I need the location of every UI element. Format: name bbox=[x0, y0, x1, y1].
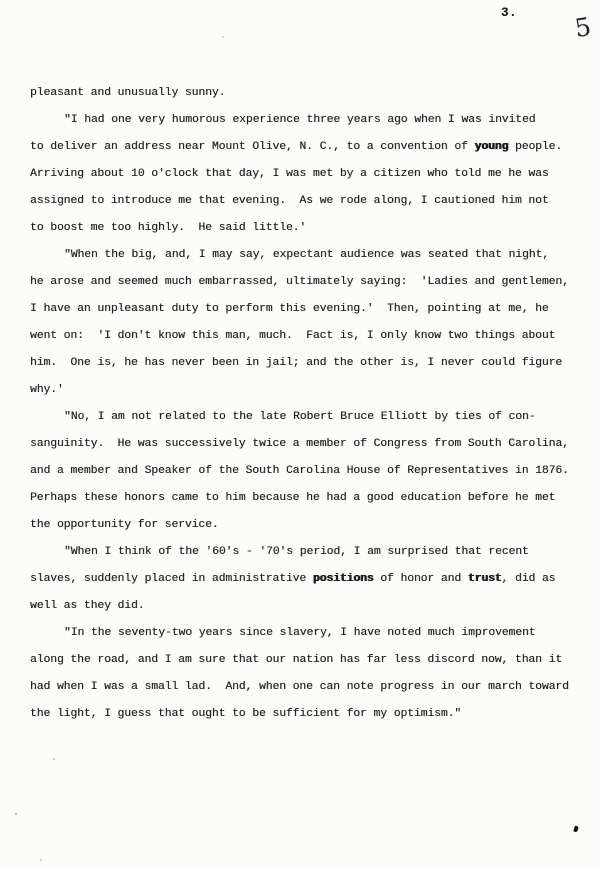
text-segment: "No, I am not related to the late Robert… bbox=[64, 411, 536, 423]
text-line: to deliver an address near Mount Olive, … bbox=[30, 134, 578, 161]
text-line: Arriving about 10 o'clock that day, I wa… bbox=[30, 161, 578, 188]
text-segment: "I had one very humorous experience thre… bbox=[64, 114, 536, 126]
text-segment: along the road, and I am sure that our n… bbox=[30, 654, 562, 666]
text-line: sanguinity. He was successively twice a … bbox=[30, 431, 578, 458]
overtyped-word: young bbox=[475, 141, 509, 153]
text-line: he arose and seemed much embarrassed, ul… bbox=[30, 269, 578, 296]
text-segment: Arriving about 10 o'clock that day, I wa… bbox=[30, 168, 549, 180]
page-number: 3. bbox=[501, 6, 517, 20]
text-segment: the opportunity for service. bbox=[30, 519, 219, 531]
document-page: 3. 5 pleasant and unusually sunny."I had… bbox=[0, 0, 600, 869]
text-line: him. One is, he has never been in jail; … bbox=[30, 350, 578, 377]
text-line: the light, I guess that ought to be suff… bbox=[30, 701, 578, 728]
text-line: "When I think of the '60's - '70's perio… bbox=[30, 539, 578, 566]
text-line: well as they did. bbox=[30, 593, 578, 620]
text-line: "I had one very humorous experience thre… bbox=[30, 107, 578, 134]
text-line: "In the seventy-two years since slavery,… bbox=[30, 620, 578, 647]
text-line: I have an unpleasant duty to perform thi… bbox=[30, 296, 578, 323]
stamp-page-number: 5 bbox=[573, 12, 593, 43]
scan-dot bbox=[15, 813, 17, 815]
overtyped-word: trust bbox=[468, 573, 502, 585]
text-segment: went on: 'I don't know this man, much. F… bbox=[30, 330, 555, 342]
text-line: slaves, suddenly placed in administrativ… bbox=[30, 566, 578, 593]
text-segment: assigned to introduce me that evening. A… bbox=[30, 195, 549, 207]
text-segment: Perhaps these honors came to him because… bbox=[30, 492, 555, 504]
text-segment: , did as bbox=[502, 573, 556, 585]
text-segment: him. One is, he has never been in jail; … bbox=[30, 357, 562, 369]
text-line: Perhaps these honors came to him because… bbox=[30, 485, 578, 512]
scan-dot bbox=[53, 758, 55, 760]
text-line: to boost me too highly. He said little.' bbox=[30, 215, 578, 242]
ink-speck bbox=[573, 826, 579, 833]
text-segment: "When the big, and, I may say, expectant… bbox=[64, 249, 549, 261]
text-line: "When the big, and, I may say, expectant… bbox=[30, 242, 578, 269]
text-segment: why.' bbox=[30, 384, 64, 396]
text-block: pleasant and unusually sunny."I had one … bbox=[30, 80, 578, 728]
text-line: went on: 'I don't know this man, much. F… bbox=[30, 323, 578, 350]
text-segment: slaves, suddenly placed in administrativ… bbox=[30, 573, 313, 585]
text-line: along the road, and I am sure that our n… bbox=[30, 647, 578, 674]
text-segment: well as they did. bbox=[30, 600, 145, 612]
text-segment: of honor and bbox=[374, 573, 468, 585]
text-line: why.' bbox=[30, 377, 578, 404]
overtyped-word: positions bbox=[313, 573, 374, 585]
text-segment: the light, I guess that ought to be suff… bbox=[30, 708, 461, 720]
text-segment: he arose and seemed much embarrassed, ul… bbox=[30, 276, 569, 288]
text-line: "No, I am not related to the late Robert… bbox=[30, 404, 578, 431]
text-segment: and a member and Speaker of the South Ca… bbox=[30, 465, 569, 477]
text-line: pleasant and unusually sunny. bbox=[30, 80, 578, 107]
text-segment: to deliver an address near Mount Olive, … bbox=[30, 141, 475, 153]
text-segment: pleasant and unusually sunny. bbox=[30, 87, 225, 99]
text-line: had when I was a small lad. And, when on… bbox=[30, 674, 578, 701]
text-segment: people. bbox=[508, 141, 562, 153]
scan-dot bbox=[40, 859, 42, 861]
text-line: and a member and Speaker of the South Ca… bbox=[30, 458, 578, 485]
text-segment: had when I was a small lad. And, when on… bbox=[30, 681, 569, 693]
text-segment: I have an unpleasant duty to perform thi… bbox=[30, 303, 549, 315]
text-line: assigned to introduce me that evening. A… bbox=[30, 188, 578, 215]
scan-dot bbox=[222, 36, 224, 38]
text-line: the opportunity for service. bbox=[30, 512, 578, 539]
text-segment: sanguinity. He was successively twice a … bbox=[30, 438, 569, 450]
text-segment: "When I think of the '60's - '70's perio… bbox=[64, 546, 529, 558]
text-segment: "In the seventy-two years since slavery,… bbox=[64, 627, 536, 639]
text-segment: to boost me too highly. He said little.' bbox=[30, 222, 306, 234]
